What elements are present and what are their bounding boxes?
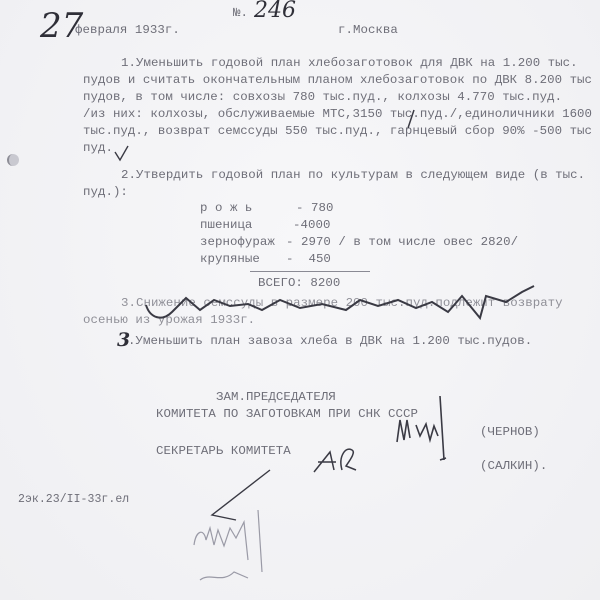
document-page: 27 февраля 1933г. №. 246 г.Москва 1.Умен… — [0, 0, 600, 600]
handwriting-overlay — [0, 0, 600, 600]
ink-slash — [408, 110, 414, 128]
strikethrough-scribble — [146, 286, 534, 318]
signature-salkin — [314, 449, 356, 472]
pencil-resolution — [194, 510, 262, 580]
ink-stroke — [212, 470, 270, 520]
check-mark — [115, 146, 128, 160]
signature-chernov — [397, 396, 446, 460]
